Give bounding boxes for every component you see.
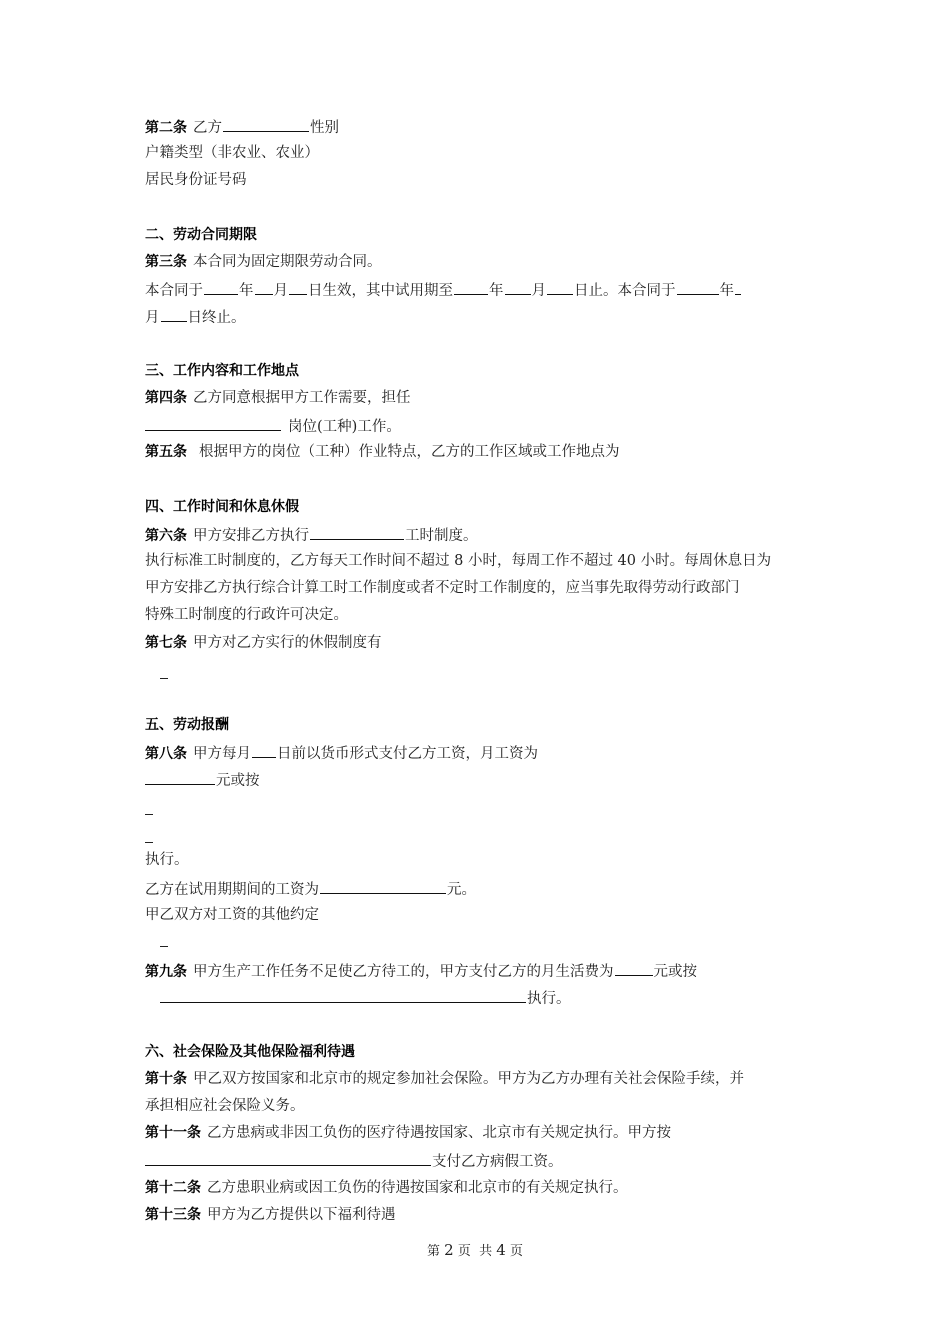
footer-text: 共 bbox=[479, 1244, 492, 1259]
execute-label: 执行。 bbox=[527, 991, 571, 1007]
article-5-text: 根据甲方的岗位（工种）作业特点，乙方的工作区域或工作地点为 bbox=[199, 444, 620, 460]
article-5-line: 第五条根据甲方的岗位（工种）作业特点，乙方的工作区域或工作地点为 bbox=[145, 442, 620, 462]
article-6-label: 第六条 bbox=[145, 528, 187, 544]
article-2-line: 第二条乙方性别 bbox=[145, 116, 339, 138]
blank-dash-marker bbox=[160, 678, 168, 679]
year-label: 年 bbox=[489, 283, 504, 299]
start-day-blank[interactable] bbox=[289, 279, 307, 295]
article-6-text: 甲方安排乙方执行 bbox=[193, 528, 309, 544]
probation-wage-text: 乙方在试用期期间的工资为 bbox=[145, 882, 319, 898]
yuan-or-label: 元或按 bbox=[654, 964, 698, 980]
execute-line: 执行。 bbox=[145, 850, 189, 870]
article-4-text: 乙方同意根据甲方工作需要，担任 bbox=[193, 390, 411, 406]
other-wage-line: 甲乙双方对工资的其他约定 bbox=[145, 905, 319, 925]
yuan-or-label: 元或按 bbox=[216, 773, 260, 789]
start-year-blank[interactable] bbox=[204, 279, 238, 295]
blank-dash-marker bbox=[145, 814, 153, 815]
article-7-line: 第七条甲方对乙方实行的休假制度有 bbox=[145, 633, 382, 653]
footer-text: 第 bbox=[427, 1244, 440, 1259]
probation-wage-line: 乙方在试用期期间的工资为元。 bbox=[145, 878, 476, 900]
term-text: 日终止。 bbox=[188, 310, 246, 326]
article-3-label: 第三条 bbox=[145, 254, 187, 270]
article-13-text: 甲方为乙方提供以下福利待遇 bbox=[207, 1207, 396, 1223]
article-4-post-line: 岗位(工种)工作。 bbox=[145, 415, 401, 437]
work-hours-system-blank[interactable] bbox=[310, 524, 404, 540]
post-blank[interactable] bbox=[145, 415, 281, 431]
yuan-label: 元。 bbox=[447, 882, 476, 898]
monthly-wage-blank[interactable] bbox=[145, 769, 215, 785]
month-label: 月 bbox=[145, 310, 160, 326]
term-text: 本合同于 bbox=[145, 283, 203, 299]
section-4-title: 四、工作时间和休息休假 bbox=[145, 497, 299, 517]
article-9-label: 第九条 bbox=[145, 964, 187, 980]
article-4-line: 第四条乙方同意根据甲方工作需要，担任 bbox=[145, 388, 411, 408]
hours-line-3: 特殊工时制度的行政许可决定。 bbox=[145, 605, 348, 625]
sick-pay-line: 支付乙方病假工资。 bbox=[145, 1150, 563, 1172]
article-7-label: 第七条 bbox=[145, 635, 187, 651]
article-3-line: 第三条本合同为固定期限劳动合同。 bbox=[145, 252, 382, 272]
sick-pay-label: 支付乙方病假工资。 bbox=[432, 1154, 563, 1170]
article-3-text: 本合同为固定期限劳动合同。 bbox=[193, 254, 382, 270]
article-8-line: 第八条甲方每月日前以货币形式支付乙方工资，月工资为 bbox=[145, 742, 538, 764]
hours-line-1: 执行标准工时制度的，乙方每天工作时间不超过 8 小时，每周工作不超过 40 小时… bbox=[145, 551, 771, 571]
probation-month-blank[interactable] bbox=[505, 279, 531, 295]
living-allowance-standard-blank[interactable] bbox=[160, 987, 526, 1003]
article-10-label: 第十条 bbox=[145, 1071, 187, 1087]
blank-dash-marker bbox=[160, 946, 168, 947]
term-text: 日止。本合同于 bbox=[574, 283, 676, 299]
party-b-label: 乙方 bbox=[193, 120, 222, 136]
term-text: 日生效，其中试用期至 bbox=[308, 283, 453, 299]
gender-label: 性别 bbox=[310, 120, 339, 136]
article-5-label: 第五条 bbox=[145, 444, 187, 460]
pay-day-blank[interactable] bbox=[252, 742, 276, 758]
section-3-title: 三、工作内容和工作地点 bbox=[145, 361, 299, 381]
hours-line-2: 甲方安排乙方执行综合计算工时工作制度或者不定时工作制度的，应当事先取得劳动行政部… bbox=[145, 578, 740, 598]
start-month-blank[interactable] bbox=[255, 279, 273, 295]
article-7-text: 甲方对乙方实行的休假制度有 bbox=[193, 635, 382, 651]
current-page-number: 2 bbox=[444, 1241, 454, 1259]
end-month-day-blank[interactable] bbox=[161, 306, 187, 322]
blank-dash-marker bbox=[145, 842, 153, 843]
month-label: 月 bbox=[274, 283, 289, 299]
living-allowance-blank[interactable] bbox=[615, 960, 653, 976]
section-2-title: 二、劳动合同期限 bbox=[145, 225, 257, 245]
probation-day-blank[interactable] bbox=[547, 279, 573, 295]
month-label: 月 bbox=[532, 283, 547, 299]
article-2-label: 第二条 bbox=[145, 120, 187, 136]
year-label: 年 bbox=[720, 283, 735, 299]
article-10-text: 甲乙双方按国家和北京市的规定参加社会保险。甲方为乙方办理有关社会保险手续，并 bbox=[193, 1071, 744, 1087]
article-10-line-2: 承担相应社会保险义务。 bbox=[145, 1096, 305, 1116]
section-6-title: 六、社会保险及其他保险福利待遇 bbox=[145, 1042, 355, 1062]
end-year-blank[interactable] bbox=[677, 279, 719, 295]
id-card-line: 居民身份证号码 bbox=[145, 170, 247, 190]
footer-text: 页 bbox=[510, 1244, 523, 1259]
article-11-line: 第十一条乙方患病或非因工负伤的医疗待遇按国家、北京市有关规定执行。甲方按 bbox=[145, 1123, 671, 1143]
footer-text: 页 bbox=[458, 1244, 471, 1259]
article-6-line: 第六条甲方安排乙方执行工时制度。 bbox=[145, 524, 478, 546]
article-12-label: 第十二条 bbox=[145, 1180, 201, 1196]
article-12-line: 第十二条乙方患职业病或因工负伤的待遇按国家和北京市的有关规定执行。 bbox=[145, 1178, 628, 1198]
monthly-wage-line: 元或按 bbox=[145, 769, 260, 791]
probation-wage-blank[interactable] bbox=[320, 878, 446, 894]
article-9-exec-line: 执行。 bbox=[160, 987, 571, 1009]
contract-term-line: 本合同于年月日生效，其中试用期至年月日止。本合同于年 bbox=[145, 279, 742, 301]
hukou-line: 户籍类型（非农业、农业） bbox=[145, 143, 319, 163]
section-5-title: 五、劳动报酬 bbox=[145, 715, 229, 735]
article-9-line: 第九条甲方生产工作任务不足使乙方待工的，甲方支付乙方的月生活费为元或按 bbox=[145, 960, 697, 982]
page-footer: 第 2 页 共 4 页 bbox=[0, 1240, 950, 1259]
total-pages-number: 4 bbox=[496, 1241, 506, 1259]
article-12-text: 乙方患职业病或因工负伤的待遇按国家和北京市的有关规定执行。 bbox=[207, 1180, 628, 1196]
probation-year-blank[interactable] bbox=[454, 279, 488, 295]
document-page: 第二条乙方性别 户籍类型（非农业、农业） 居民身份证号码 二、劳动合同期限 第三… bbox=[0, 0, 950, 1344]
post-label: 岗位(工种)工作。 bbox=[288, 419, 401, 435]
article-4-label: 第四条 bbox=[145, 390, 187, 406]
party-b-name-blank[interactable] bbox=[223, 116, 309, 132]
article-11-label: 第十一条 bbox=[145, 1125, 201, 1141]
article-6-tail: 工时制度。 bbox=[405, 528, 478, 544]
end-blank-tail[interactable] bbox=[735, 279, 741, 295]
article-13-label: 第十三条 bbox=[145, 1207, 201, 1223]
year-label: 年 bbox=[239, 283, 254, 299]
article-11-text: 乙方患病或非因工负伤的医疗待遇按国家、北京市有关规定执行。甲方按 bbox=[207, 1125, 671, 1141]
article-8-text: 日前以货币形式支付乙方工资，月工资为 bbox=[277, 746, 538, 762]
article-8-text: 甲方每月 bbox=[193, 746, 251, 762]
article-9-text: 甲方生产工作任务不足使乙方待工的，甲方支付乙方的月生活费为 bbox=[193, 964, 614, 980]
contract-term-line-2: 月日终止。 bbox=[145, 306, 246, 328]
article-13-line: 第十三条甲方为乙方提供以下福利待遇 bbox=[145, 1205, 396, 1225]
article-10-line: 第十条甲乙双方按国家和北京市的规定参加社会保险。甲方为乙方办理有关社会保险手续，… bbox=[145, 1069, 744, 1089]
sick-pay-standard-blank[interactable] bbox=[145, 1150, 431, 1166]
article-8-label: 第八条 bbox=[145, 746, 187, 762]
